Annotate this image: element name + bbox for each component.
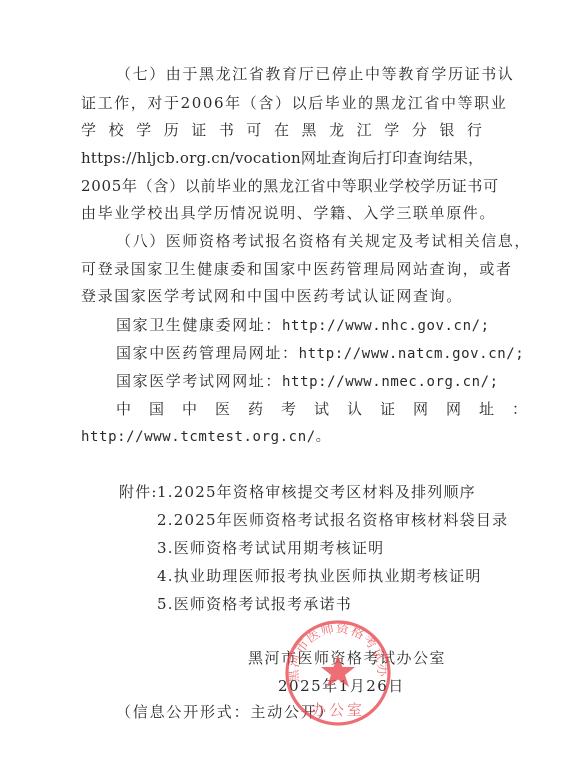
char: 可 bbox=[246, 120, 261, 140]
char: 银 bbox=[439, 120, 454, 140]
website-url-link[interactable]: http://www.nmec.org.cn/; bbox=[282, 374, 499, 390]
char: 学 bbox=[384, 120, 399, 140]
char: 学 bbox=[136, 120, 151, 140]
paragraph-8-line-1: （八）医师资格考试报名资格有关规定及考试相关信息， bbox=[116, 231, 482, 251]
char: 龙 bbox=[329, 120, 344, 140]
website-url-link[interactable]: http://www.nhc.gov.cn/; bbox=[282, 318, 490, 334]
attachment-item-4: 4.执业助理医师报考执业医师执业期考核证明 bbox=[157, 566, 482, 586]
website-natcm: 国家中医药管理局网址：http://www.natcm.gov.cn/; bbox=[116, 343, 482, 363]
paragraph-8-line-3: 登录国家医学考试网和中国中医药考试认证网查询。 bbox=[81, 286, 482, 306]
char: 黑 bbox=[302, 120, 317, 140]
char: 行 bbox=[467, 120, 482, 140]
website-nhc: 国家卫生健康委网址：http://www.nhc.gov.cn/; bbox=[116, 315, 482, 335]
attachment-item-5: 5.医师资格考试报考承诺书 bbox=[157, 594, 352, 614]
attachments-prefix: 附件: bbox=[119, 482, 158, 502]
paragraph-7-line-2: 证工作，对于2006年（含）以后毕业的黑龙江省中等职业 bbox=[81, 93, 482, 113]
website-label: 国家医学考试网网址： bbox=[116, 372, 282, 390]
paragraph-7-line-4: https://hljcb.org.cn/vocation网址查询后打印查询结果… bbox=[81, 148, 482, 168]
attachment-item-1: 1.2025年资格审核提交考区材料及排列顺序 bbox=[157, 482, 476, 502]
char: 校 bbox=[109, 120, 124, 140]
attachment-item-3: 3.医师资格考试试用期考核证明 bbox=[157, 538, 384, 558]
website-tcmtest-label-line: 中国中医药考试认证网网址： bbox=[116, 399, 482, 419]
char: 分 bbox=[412, 120, 427, 140]
website-nmec: 国家医学考试网网址：http://www.nmec.org.cn/; bbox=[116, 371, 482, 391]
char: 书 bbox=[219, 120, 234, 140]
attachment-item-2: 2.2025年医师资格考试报名资格审核材料袋目录 bbox=[157, 510, 508, 530]
char: 历 bbox=[164, 120, 179, 140]
paragraph-7-line-5: 2005年（含）以前毕业的黑龙江省中等职业学校学历证书可 bbox=[81, 176, 482, 196]
website-label: 国家中医药管理局网址： bbox=[116, 344, 299, 362]
website-label: 中国中医药考试认证网网址： bbox=[116, 400, 545, 418]
char: 学 bbox=[81, 120, 96, 140]
char: 江 bbox=[357, 120, 372, 140]
signature-organization: 黑河市医师资格考试办公室 bbox=[248, 648, 446, 668]
website-url-link[interactable]: http://www.natcm.gov.cn/; bbox=[299, 346, 525, 362]
website-label: 国家卫生健康委网址： bbox=[116, 316, 282, 334]
char: 在 bbox=[274, 120, 289, 140]
justified-text: 学校学历证书可在黑龙江学分银行 bbox=[81, 120, 482, 140]
paragraph-7-line-3: 学校学历证书可在黑龙江学分银行 bbox=[81, 120, 482, 140]
signature-date: 2025年1月26日 bbox=[278, 676, 405, 696]
paragraph-7-line-1: （七）由于黑龙江省教育厅已停止中等教育学历证书认 bbox=[116, 64, 482, 84]
disclosure-note: （信息公开形式：主动公开） bbox=[116, 702, 334, 722]
paragraph-7-line-6: 由毕业学校出具学历情况说明、学籍、入学三联单原件。 bbox=[81, 203, 482, 223]
website-tcmtest-url[interactable]: http://www.tcmtest.org.cn/。 bbox=[81, 427, 482, 447]
char: 证 bbox=[191, 120, 206, 140]
paragraph-8-line-2: 可登录国家卫生健康委和国家中医药管理局网站查询，或者 bbox=[81, 259, 482, 279]
